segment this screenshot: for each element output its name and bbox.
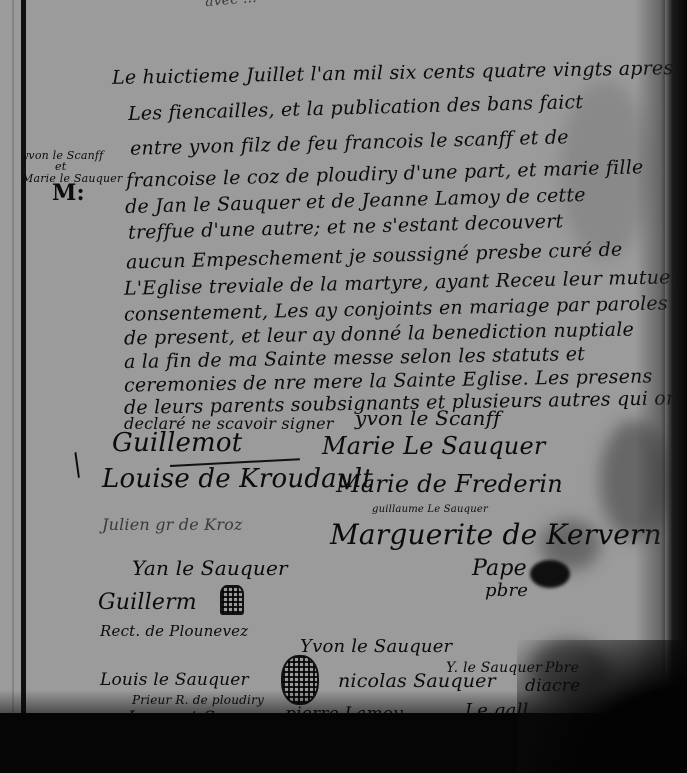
signature-flourish: / [63,448,90,481]
signature-guillemot: Guillemot [112,428,242,458]
margin-rule-faint [12,0,14,773]
top-fragment-text: avec ... [204,0,257,10]
signature-louise-de-kroudault: Louise de Kroudault [102,464,373,494]
grid-mark-icon [220,585,244,615]
ink-blot [530,560,570,588]
margin-mark-m: M: [52,180,85,206]
signature-marie-le-sauquer: Marie Le Sauquer [322,432,546,460]
signature-pape: Pape [472,556,527,581]
signature-marie-de-frederin: Marie de Frederin [336,470,563,498]
margin-rule [21,0,26,773]
signature-yan-le-sauquer: Yan le Sauquer [132,556,288,580]
signature-pape-title: pbre [485,580,528,601]
page-corner-damage [517,640,687,773]
body-line-3: entre yvon filz de feu francois le scanf… [130,126,569,159]
document-scan: avec ... yvon le Scanff et Marie le Sauq… [0,0,687,773]
body-line-2: Les fiencailles, et la publication des b… [128,91,584,125]
inline-signature: yvon le Scanff [355,406,501,430]
body-line-1: Le huictieme Juillet l'an mil six cents … [112,57,674,89]
signature-guillerm: Guillerm [98,590,197,615]
signature-louis-le-sauquer: Louis le Sauquer [100,670,249,690]
signature-guillaume-le-sauquer: guillaume Le Sauquer [372,504,488,515]
signature-nicolas-sauquer: nicolas Sauquer [338,670,496,692]
signature-yvon-le-sauquer: Yvon le Sauquer [300,636,452,657]
signature-marguerite-de-kervern: Marguerite de Kervern [330,518,662,551]
signature-julien: Julien gr de Kroz [102,515,243,534]
signature-guillerm-title: Rect. de Plounevez [100,622,248,640]
